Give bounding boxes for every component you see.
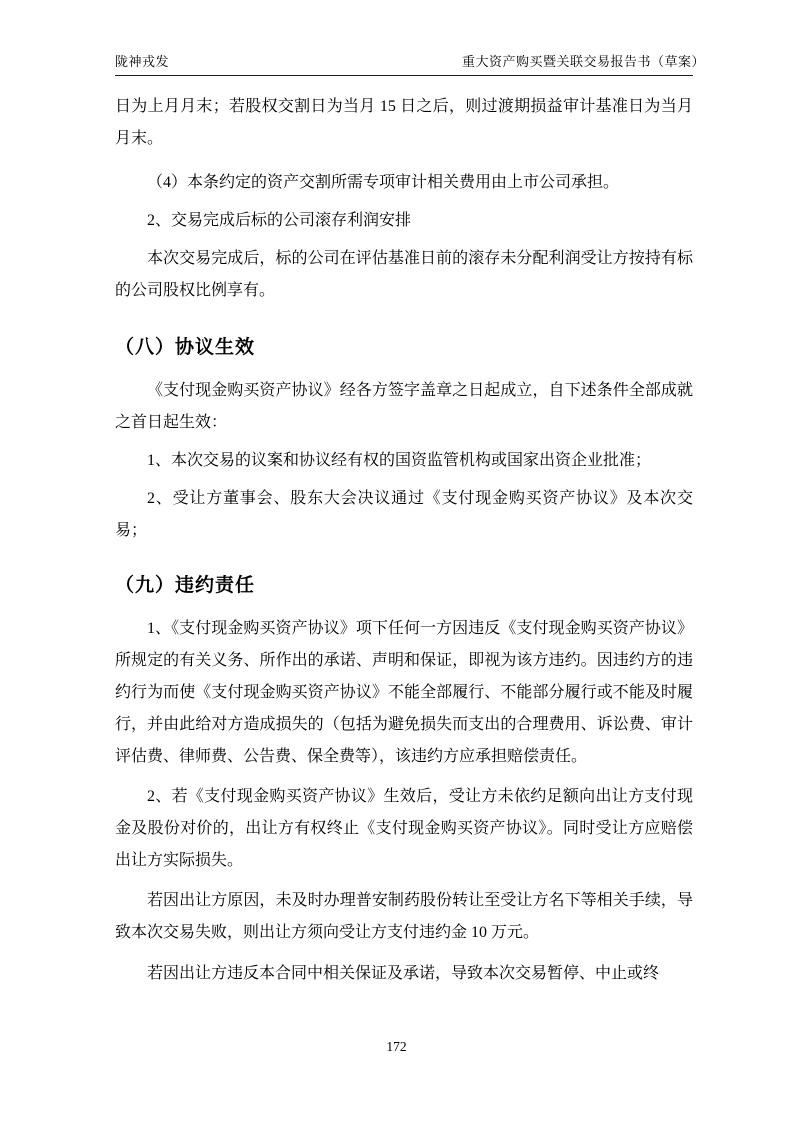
body-paragraph-condition-1: 1、本次交易的议案和协议经有权的国资监管机构或国家出资企业批准；	[115, 445, 693, 477]
document-body: 日为上月月末；若股权交割日为当月 15 日之后，则过渡期损益审计基准日为当月月末…	[115, 91, 693, 990]
body-paragraph-item-4: （4）本条约定的资产交割所需专项审计相关费用由上市公司承担。	[115, 167, 693, 199]
body-paragraph-breach-truncated: 若因出让方违反本合同中相关保证及承诺，导致本次交易暂停、中止或终	[115, 958, 693, 990]
document-page: 陇神戎发 重大资产购买暨关联交易报告书（草案） 日为上月月末；若股权交割日为当月…	[0, 0, 793, 1122]
body-subheading-profit-arrangement: 2、交易完成后标的公司滚存利润安排	[115, 205, 693, 237]
body-paragraph-breach-2: 2、若《支付现金购买资产协议》生效后，受让方未依约足额向出让方支付现金及股份对价…	[115, 781, 693, 877]
running-header: 陇神戎发 重大资产购买暨关联交易报告书（草案）	[115, 53, 693, 76]
page-number: 172	[0, 1038, 793, 1055]
body-paragraph-breach-penalty: 若因出让方原因，未及时办理普安制药股份转让至受让方名下等相关手续，导致本次交易失…	[115, 885, 693, 949]
section-heading-agreement-effectiveness: （八）协议生效	[115, 334, 693, 362]
section-heading-breach-liability: （九）违约责任	[115, 572, 693, 600]
body-paragraph-effectiveness-intro: 《支付现金购买资产协议》经各方签字盖章之日起成立，自下述条件全部成就之首日起生效…	[115, 375, 693, 439]
body-paragraph-condition-2: 2、受让方董事会、股东大会决议通过《支付现金购买资产协议》及本次交易；	[115, 483, 693, 547]
body-paragraph-breach-1: 1、《支付现金购买资产协议》项下任何一方因违反《支付现金购买资产协议》所规定的有…	[115, 613, 693, 773]
header-company-name: 陇神戎发	[115, 53, 169, 70]
body-paragraph-continuation: 日为上月月末；若股权交割日为当月 15 日之后，则过渡期损益审计基准日为当月月末…	[115, 91, 693, 155]
header-report-title: 重大资产购买暨关联交易报告书（草案）	[462, 53, 705, 70]
body-paragraph-profit-arrangement: 本次交易完成后，标的公司在评估基准日前的滚存未分配利润受让方按持有标的公司股权比…	[115, 243, 693, 307]
